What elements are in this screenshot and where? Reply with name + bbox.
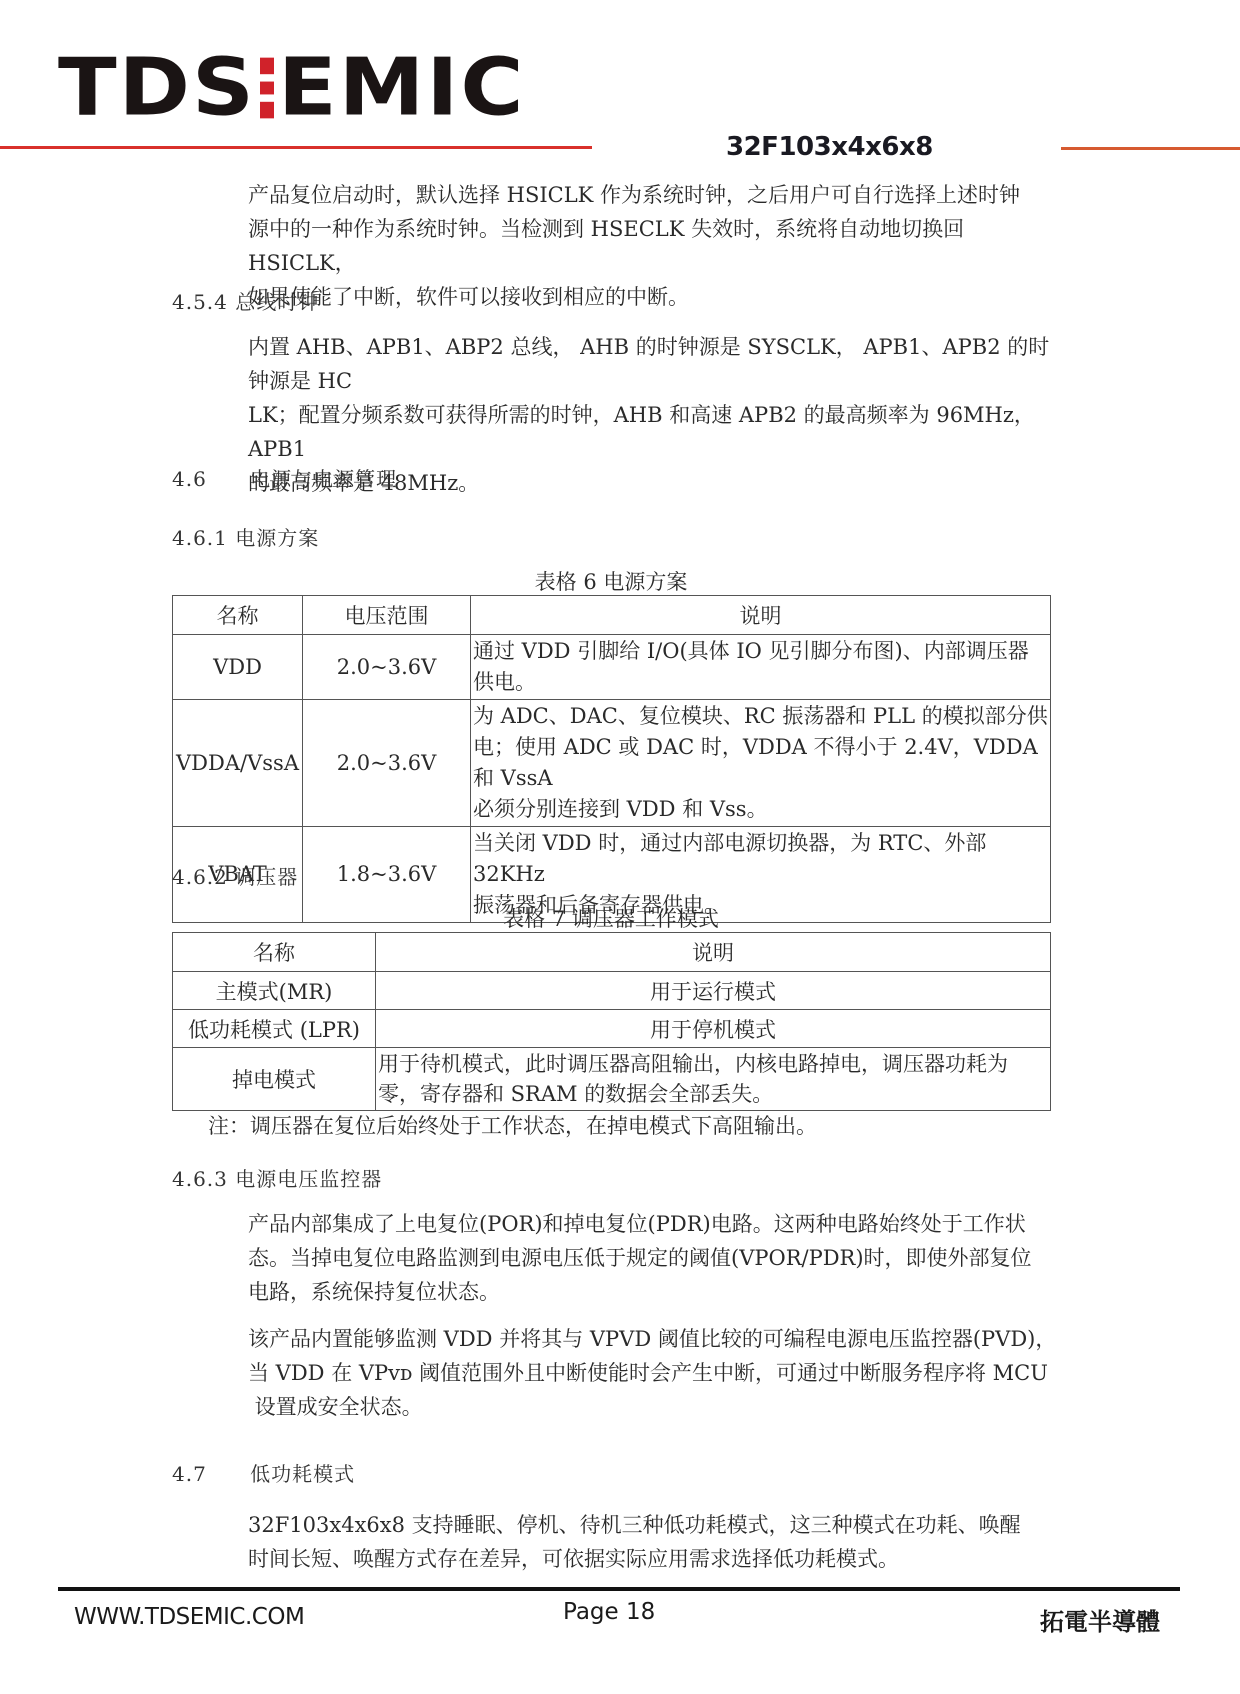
table-row: VDDA/VssA 2.0~3.6V 为 ADC、DAC、复位模块、RC 振荡器… <box>173 700 1051 827</box>
page-number: Page 18 <box>563 1599 655 1625</box>
footer-brand-name: 拓電半導體 <box>1040 1602 1160 1637</box>
table-row: 低功耗模式 (LPR) 用于停机模式 <box>173 1010 1051 1048</box>
cell-range: 2.0~3.6V <box>303 700 471 827</box>
cell-name: 掉电模式 <box>173 1048 376 1111</box>
text-line: 电；使用 ADC 或 DAC 时，VDDA 不得小于 2.4V，VDDA 和 V… <box>473 732 1049 794</box>
logo-text-left: TDS <box>58 42 256 134</box>
text-line: 态。当掉电复位电路监测到电源电压低于规定的阈值(VPOR/PDR)时，即使外部复… <box>248 1241 1068 1275</box>
intro-paragraph: 产品复位启动时，默认选择 HSICLK 作为系统时钟，之后用户可自行选择上述时钟… <box>248 178 1068 314</box>
cell-range: 2.0~3.6V <box>303 635 471 700</box>
text-line: 当 VDD 在 VPvᴅ 阈值范围外且中断使能时会产生中断，可通过中断服务程序将… <box>248 1356 1068 1390</box>
section-heading-4-6-2: 4.6.2 调压器 <box>172 861 298 890</box>
regulator-modes-table: 名称 说明 主模式(MR) 用于运行模式 低功耗模式 (LPR) 用于停机模式 … <box>172 932 1051 1111</box>
text-line: 产品内部集成了上电复位(POR)和掉电复位(PDR)电路。这两种电路始终处于工作… <box>248 1207 1068 1241</box>
text-line: 该产品内置能够监测 VDD 并将其与 VPVD 阈值比较的可编程电源电压监控器(… <box>248 1322 1068 1356</box>
text-line: 产品复位启动时，默认选择 HSICLK 作为系统时钟，之后用户可自行选择上述时钟 <box>248 178 1068 212</box>
cell-description: 用于运行模式 <box>376 972 1051 1010</box>
text-line: 供电。 <box>473 667 1049 698</box>
section-title: 电源与电源管理 <box>250 467 397 491</box>
cell-description: 为 ADC、DAC、复位模块、RC 振荡器和 PLL 的模拟部分供 电；使用 A… <box>471 700 1051 827</box>
section-heading-4-7: 4.7 低功耗模式 <box>172 1458 355 1487</box>
text-line: 设置成安全状态。 <box>248 1390 1068 1424</box>
section-heading-4-6-1: 4.6.1 电源方案 <box>172 522 319 551</box>
text-line: 时间长短、唤醒方式存在差异，可依据实际应用需求选择低功耗模式。 <box>248 1542 1068 1576</box>
text-line: 当关闭 VDD 时，通过内部电源切换器，为 RTC、外部 32KHz <box>473 828 1049 890</box>
regulator-note: 注：调压器在复位后始终处于工作状态，在掉电模式下高阻输出。 <box>208 1110 817 1140</box>
cell-name: VDD <box>173 635 303 700</box>
text-line: 32F103x4x6x8 支持睡眠、停机、待机三种低功耗模式，这三种模式在功耗、… <box>248 1508 1068 1542</box>
text-line: 为 ADC、DAC、复位模块、RC 振荡器和 PLL 的模拟部分供 <box>473 701 1049 732</box>
pvd-paragraph-2: 该产品内置能够监测 VDD 并将其与 VPVD 阈值比较的可编程电源电压监控器(… <box>248 1322 1068 1424</box>
cell-name: 低功耗模式 (LPR) <box>173 1010 376 1048</box>
section-number: 4.7 <box>172 1462 207 1486</box>
logo-text-right: EMIC <box>278 42 525 134</box>
cell-name: 主模式(MR) <box>173 972 376 1010</box>
logo-red-mark <box>260 58 274 119</box>
text-line: 必须分别连接到 VDD 和 Vss。 <box>473 794 1049 825</box>
text-line: 电路，系统保持复位状态。 <box>248 1275 1068 1309</box>
table-7-caption: 表格 7 调压器工作模式 <box>172 903 1050 933</box>
header-rule-right <box>1061 147 1240 150</box>
table-row: 主模式(MR) 用于运行模式 <box>173 972 1051 1010</box>
section-heading-4-6: 4.6 电源与电源管理 <box>172 463 397 492</box>
table-header-row: 名称 说明 <box>173 933 1051 972</box>
cell-description: 用于停机模式 <box>376 1010 1051 1048</box>
column-header: 名称 <box>173 933 376 972</box>
table-6-caption: 表格 6 电源方案 <box>172 566 1050 596</box>
document-code: 32F103x4x6x8 <box>726 132 933 162</box>
power-scheme-table: 名称 电压范围 说明 VDD 2.0~3.6V 通过 VDD 引脚给 I/O(具… <box>172 595 1051 923</box>
column-header: 名称 <box>173 596 303 635</box>
section-number: 4.6 <box>172 467 207 491</box>
section-title: 低功耗模式 <box>250 1462 355 1486</box>
header-rule-left <box>0 146 592 149</box>
section-heading-4-6-3: 4.6.3 电源电压监控器 <box>172 1163 382 1192</box>
text-line: 如果使能了中断，软件可以接收到相应的中断。 <box>248 280 1068 314</box>
column-header: 电压范围 <box>303 596 471 635</box>
text-line: 用于待机模式，此时调压器高阻输出，内核电路掉电，调压器功耗为 <box>378 1049 1049 1079</box>
cell-description: 通过 VDD 引脚给 I/O(具体 IO 见引脚分布图)、内部调压器 供电。 <box>471 635 1051 700</box>
text-line: LK；配置分频系数可获得所需的时钟，AHB 和高速 APB2 的最高频率为 96… <box>248 398 1068 466</box>
column-header: 说明 <box>471 596 1051 635</box>
cell-description: 用于待机模式，此时调压器高阻输出，内核电路掉电，调压器功耗为 零，寄存器和 SR… <box>376 1048 1051 1111</box>
text-line: 零，寄存器和 SRAM 的数据会全部丢失。 <box>378 1079 1049 1109</box>
text-line: 内置 AHB、APB1、ABP2 总线， AHB 的时钟源是 SYSCLK， A… <box>248 330 1068 398</box>
pvd-paragraph-1: 产品内部集成了上电复位(POR)和掉电复位(PDR)电路。这两种电路始终处于工作… <box>248 1207 1068 1309</box>
low-power-paragraph: 32F103x4x6x8 支持睡眠、停机、待机三种低功耗模式，这三种模式在功耗、… <box>248 1508 1068 1576</box>
section-heading-4-5-4: 4.5.4 总线时钟 <box>172 286 319 315</box>
cell-name: VDDA/VssA <box>173 700 303 827</box>
text-line: 通过 VDD 引脚给 I/O(具体 IO 见引脚分布图)、内部调压器 <box>473 636 1049 667</box>
column-header: 说明 <box>376 933 1051 972</box>
table-row: 掉电模式 用于待机模式，此时调压器高阻输出，内核电路掉电，调压器功耗为 零，寄存… <box>173 1048 1051 1111</box>
footer-website-link[interactable]: WWW.TDSEMIC.COM <box>74 1604 304 1630</box>
text-line: 源中的一种作为系统时钟。当检测到 HSECLK 失效时，系统将自动地切换回 HS… <box>248 212 1068 280</box>
company-logo: TDS EMIC <box>58 55 525 121</box>
footer-rule <box>58 1587 1180 1591</box>
table-header-row: 名称 电压范围 说明 <box>173 596 1051 635</box>
table-row: VDD 2.0~3.6V 通过 VDD 引脚给 I/O(具体 IO 见引脚分布图… <box>173 635 1051 700</box>
